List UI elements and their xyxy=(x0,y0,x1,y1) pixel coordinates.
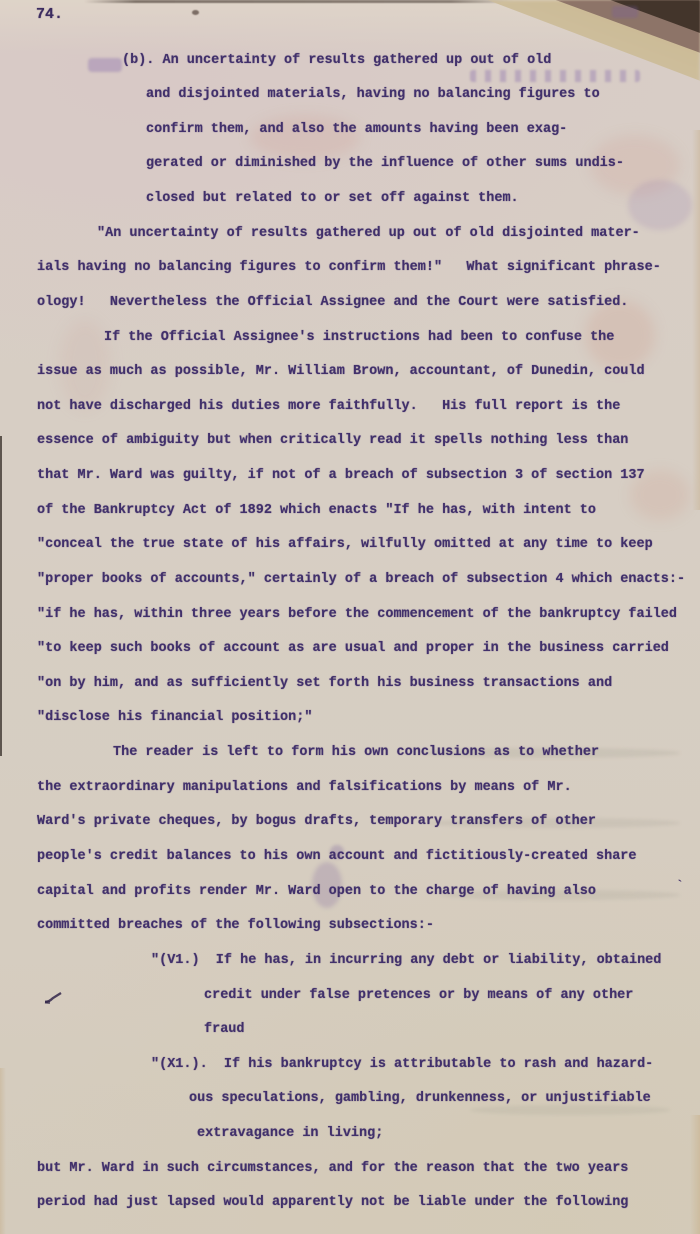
typed-line: credit under false pretences or by means… xyxy=(204,988,633,1003)
typed-line: period had just lapsed would apparently … xyxy=(37,1195,628,1210)
ink-smudge xyxy=(628,180,692,230)
typed-line: The reader is left to form his own concl… xyxy=(113,745,599,760)
ink-speck xyxy=(192,10,199,15)
typed-line: ous speculations, gambling, drunkenness,… xyxy=(189,1091,651,1106)
page-number: 74. xyxy=(36,6,63,23)
typed-line: extravagance in living; xyxy=(197,1126,383,1141)
typed-line: not have discharged his duties more fait… xyxy=(37,399,620,414)
pen-check-mark xyxy=(44,992,64,1006)
typed-line: ology! Nevertheless the Official Assigne… xyxy=(37,295,628,310)
document-page: 74. (b). An uncertainty of results gathe… xyxy=(0,0,700,1234)
typed-line: confirm them, and also the amounts havin… xyxy=(146,122,567,137)
page-edge-shadow xyxy=(0,436,2,756)
page-edge-tan xyxy=(692,130,700,510)
typed-line: and disjointed materials, having no bala… xyxy=(146,87,600,102)
typed-line: (b). An uncertainty of results gathered … xyxy=(122,53,551,68)
typed-line: essence of ambiguity but when critically… xyxy=(37,433,628,448)
bleed-through-mark xyxy=(470,1105,670,1115)
typed-line: "to keep such books of account as are us… xyxy=(37,641,669,656)
typed-line: "proper books of accounts," certainly of… xyxy=(37,572,685,587)
page-top-edge-shadow xyxy=(84,0,514,3)
typed-line: the extraordinary manipulations and fals… xyxy=(37,780,572,795)
typed-line: capital and profits render Mr. Ward open… xyxy=(37,884,596,899)
typed-line: "if he has, within three years before th… xyxy=(37,607,677,622)
ink-smudge xyxy=(470,70,640,82)
typed-line: gerated or diminished by the influence o… xyxy=(146,156,624,171)
typed-line: of the Bankruptcy Act of 1892 which enac… xyxy=(37,503,596,518)
typed-line: closed but related to or set off against… xyxy=(146,191,519,206)
typed-line: committed breaches of the following subs… xyxy=(37,918,434,933)
typed-line: If the Official Assignee's instructions … xyxy=(104,330,614,345)
typed-line: "conceal the true state of his affairs, … xyxy=(37,537,653,552)
page-edge-tan xyxy=(690,1115,700,1234)
typed-line: "on by him, and as sufficiently set fort… xyxy=(37,676,612,691)
typed-line: fraud xyxy=(204,1022,245,1037)
typed-line: but Mr. Ward in such circumstances, and … xyxy=(37,1161,628,1176)
typed-line: "(X1.). If his bankruptcy is attributabl… xyxy=(151,1057,653,1072)
ink-smudge xyxy=(612,6,638,18)
ink-smudge xyxy=(88,58,122,72)
page-edge-tan xyxy=(0,1068,6,1234)
typed-line: "disclose his financial position;" xyxy=(37,710,312,725)
typed-line: people's credit balances to his own acco… xyxy=(37,849,637,864)
typed-line: "(V1.) If he has, in incurring any debt … xyxy=(151,953,661,968)
stray-ink-mark: ` xyxy=(676,878,684,893)
typed-line: ials having no balancing figures to conf… xyxy=(37,260,661,275)
typed-line: that Mr. Ward was guilty, if not of a br… xyxy=(37,468,645,483)
typed-line: "An uncertainty of results gathered up o… xyxy=(97,226,640,241)
typed-line: issue as much as possible, Mr. William B… xyxy=(37,364,645,379)
typed-line: Ward's private cheques, by bogus drafts,… xyxy=(37,814,596,829)
